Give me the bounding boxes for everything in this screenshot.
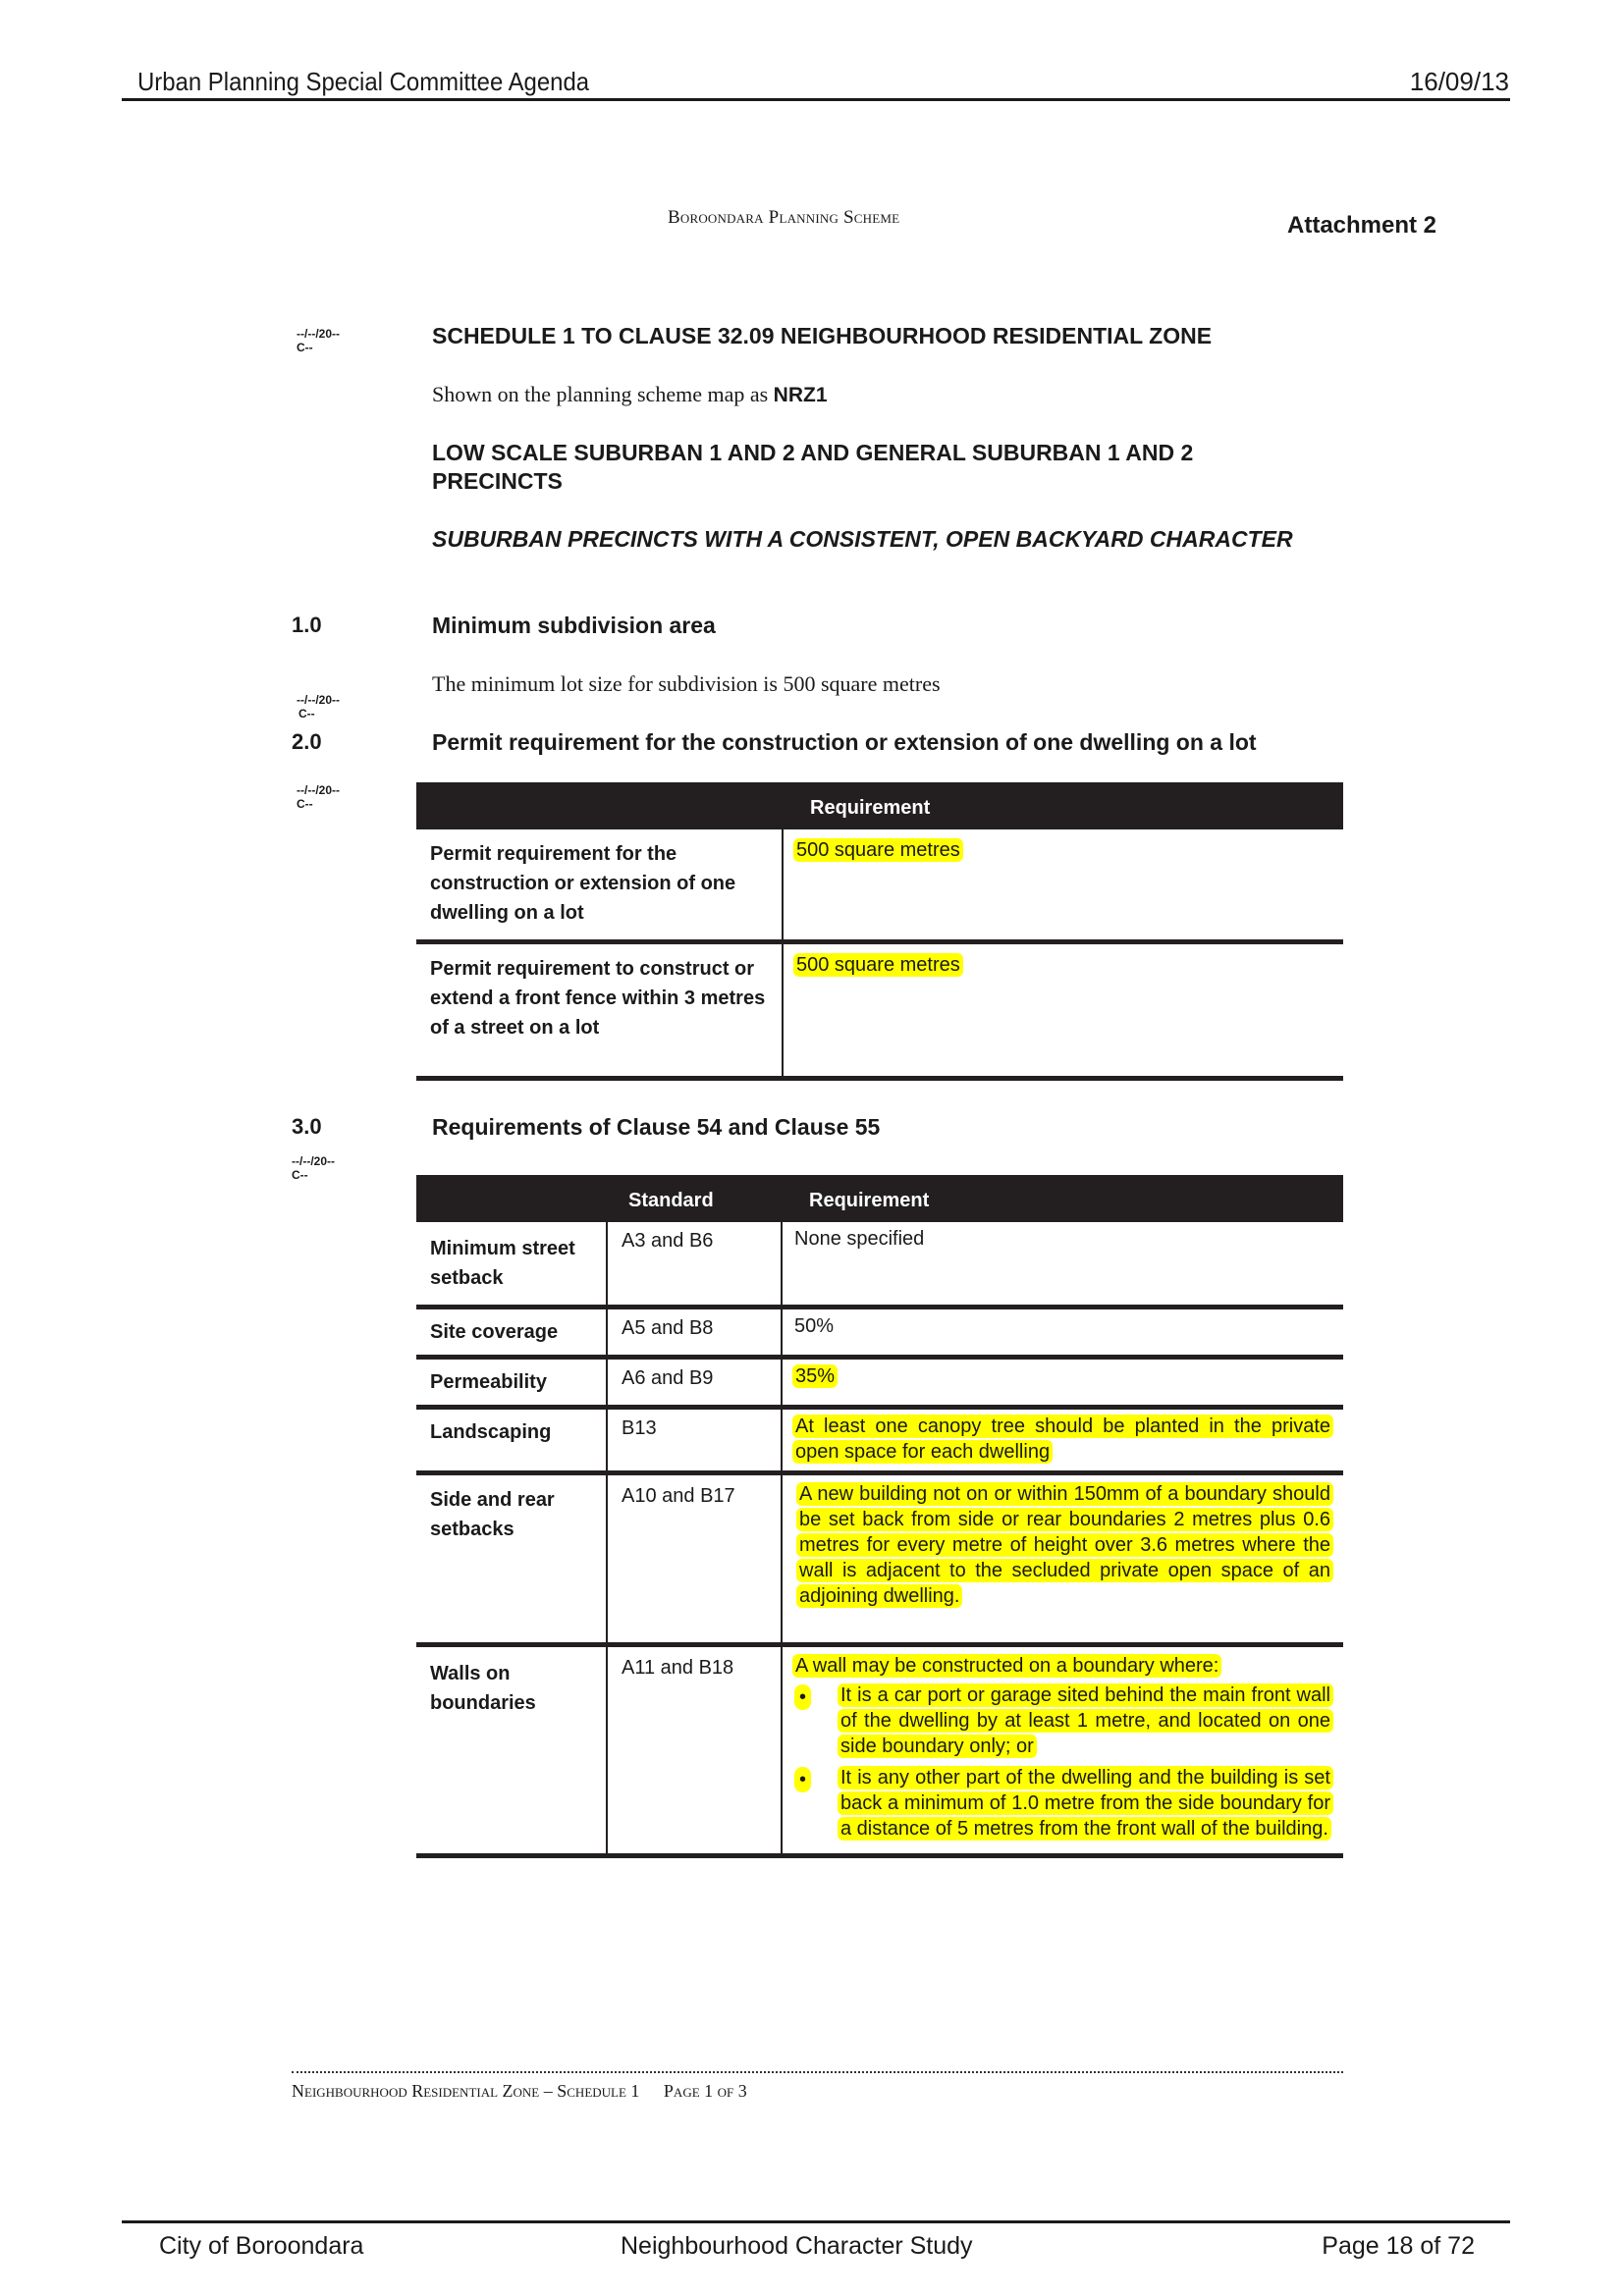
attachment-label: Attachment 2	[1287, 212, 1436, 240]
row-label: Side and rear setbacks	[416, 1473, 607, 1645]
row-requirement: A new building not on or within 150mm of…	[782, 1473, 1343, 1645]
scheme-title: Boroondara Planning Scheme	[668, 207, 899, 229]
bullet-icon: •	[794, 1684, 811, 1710]
row-standard: A11 and B18	[607, 1645, 782, 1856]
column-header-requirement: Requirement	[783, 782, 1343, 829]
section-1-title: Minimum subdivision area	[432, 613, 716, 639]
row-requirement: A wall may be constructed on a boundary …	[782, 1645, 1343, 1856]
bullet-icon: •	[794, 1767, 811, 1792]
margin-note-amendment: C--	[297, 707, 340, 721]
clause-54-55-table: Standard Requirement Minimum street setb…	[416, 1175, 1343, 1858]
highlighted-requirement: 500 square metres	[793, 953, 963, 977]
highlighted-requirement: 500 square metres	[793, 838, 963, 862]
schedule-footer-page: Page 1 of 3	[664, 2081, 747, 2101]
margin-note-date: --/--/20--	[297, 783, 340, 797]
footer-organisation: City of Boroondara	[159, 2232, 363, 2261]
map-reference: Shown on the planning scheme map as NRZ1	[432, 382, 828, 407]
requirement-bullet-list: •It is a car port or garage sited behind…	[792, 1682, 1333, 1842]
column-header-requirement: Requirement	[782, 1175, 1343, 1222]
row-label: Site coverage	[416, 1308, 607, 1358]
table-row: Permeability A6 and B9 35%	[416, 1358, 1343, 1408]
margin-note-amendment: C--	[297, 797, 340, 811]
map-code: NRZ1	[774, 384, 828, 406]
bullet-text: It is a car port or garage sited behind …	[838, 1683, 1333, 1758]
schedule-footer: Neighbourhood Residential Zone – Schedul…	[292, 2081, 747, 2102]
margin-note-table-1: --/--/20-- C--	[297, 783, 340, 811]
table-row: Walls on boundaries A11 and B18 A wall m…	[416, 1645, 1343, 1856]
margin-note-date: --/--/20--	[292, 1154, 335, 1168]
margin-note-section-3: --/--/20-- C--	[292, 1154, 335, 1182]
header-divider	[122, 98, 1510, 101]
highlighted-requirement: A wall may be constructed on a boundary …	[792, 1654, 1221, 1678]
row-label: Permeability	[416, 1358, 607, 1408]
character-heading: SUBURBAN PRECINCTS WITH A CONSISTENT, OP…	[432, 525, 1316, 554]
footer-page-number: Page 18 of 72	[1322, 2232, 1475, 2261]
schedule-footer-title: Neighbourhood Residential Zone – Schedul…	[292, 2081, 639, 2101]
row-requirement: At least one canopy tree should be plant…	[782, 1408, 1343, 1473]
bullet-text: It is any other part of the dwelling and…	[838, 1766, 1333, 1841]
table-row: Permit requirement to construct or exten…	[416, 942, 1343, 1079]
section-2-number: 2.0	[292, 729, 322, 755]
row-standard: B13	[607, 1408, 782, 1473]
row-label: Permit requirement to construct or exten…	[416, 942, 783, 1079]
margin-note-date: --/--/20--	[297, 327, 340, 341]
row-requirement: None specified	[782, 1222, 1343, 1308]
table-row: Minimum street setback A3 and B6 None sp…	[416, 1222, 1343, 1308]
highlighted-requirement: A new building not on or within 150mm of…	[796, 1482, 1333, 1608]
row-label: Landscaping	[416, 1408, 607, 1473]
table-header-row: Requirement	[416, 782, 1343, 829]
schedule-footer-divider	[292, 2071, 1343, 2073]
column-header-blank	[416, 1175, 607, 1222]
table-row: Site coverage A5 and B8 50%	[416, 1308, 1343, 1358]
row-requirement: 500 square metres	[783, 829, 1343, 942]
margin-note-schedule: --/--/20-- C--	[297, 327, 340, 354]
row-label: Walls on boundaries	[416, 1645, 607, 1856]
agenda-title: Urban Planning Special Committee Agenda	[137, 67, 589, 97]
list-item: •It is a car port or garage sited behind…	[792, 1682, 1333, 1759]
row-standard: A6 and B9	[607, 1358, 782, 1408]
section-3-title: Requirements of Clause 54 and Clause 55	[432, 1114, 880, 1141]
margin-note-amendment: C--	[292, 1168, 335, 1182]
row-requirement: 35%	[782, 1358, 1343, 1408]
map-reference-text: Shown on the planning scheme map as	[432, 382, 774, 406]
table-row: Side and rear setbacks A10 and B17 A new…	[416, 1473, 1343, 1645]
section-2-title: Permit requirement for the construction …	[432, 729, 1257, 756]
row-requirement: 50%	[782, 1308, 1343, 1358]
permit-requirement-table: Requirement Permit requirement for the c…	[416, 782, 1343, 1081]
row-standard: A10 and B17	[607, 1473, 782, 1645]
row-standard: A3 and B6	[607, 1222, 782, 1308]
highlighted-requirement: 35%	[792, 1364, 838, 1388]
table-row: Permit requirement for the construction …	[416, 829, 1343, 942]
row-label: Minimum street setback	[416, 1222, 607, 1308]
margin-note-date: --/--/20--	[297, 693, 340, 707]
margin-note-section-2: --/--/20-- C--	[297, 693, 340, 721]
agenda-date: 16/09/13	[1410, 67, 1509, 97]
schedule-title: SCHEDULE 1 TO CLAUSE 32.09 NEIGHBOURHOOD…	[432, 322, 1316, 350]
table-row: Landscaping B13 At least one canopy tree…	[416, 1408, 1343, 1473]
column-header-blank	[416, 782, 783, 829]
row-standard: A5 and B8	[607, 1308, 782, 1358]
row-label: Permit requirement for the construction …	[416, 829, 783, 942]
footer-divider	[122, 2220, 1510, 2223]
section-3-number: 3.0	[292, 1114, 322, 1140]
row-requirement: 500 square metres	[783, 942, 1343, 1079]
list-item: •It is any other part of the dwelling an…	[792, 1765, 1333, 1842]
margin-note-amendment: C--	[297, 341, 340, 354]
column-header-standard: Standard	[607, 1175, 782, 1222]
footer-document-title: Neighbourhood Character Study	[621, 2232, 973, 2261]
highlighted-requirement: At least one canopy tree should be plant…	[792, 1415, 1333, 1464]
section-1-number: 1.0	[292, 613, 322, 638]
table-header-row: Standard Requirement	[416, 1175, 1343, 1222]
section-1-body: The minimum lot size for subdivision is …	[432, 671, 941, 697]
precincts-heading: LOW SCALE SUBURBAN 1 AND 2 AND GENERAL S…	[432, 439, 1316, 496]
